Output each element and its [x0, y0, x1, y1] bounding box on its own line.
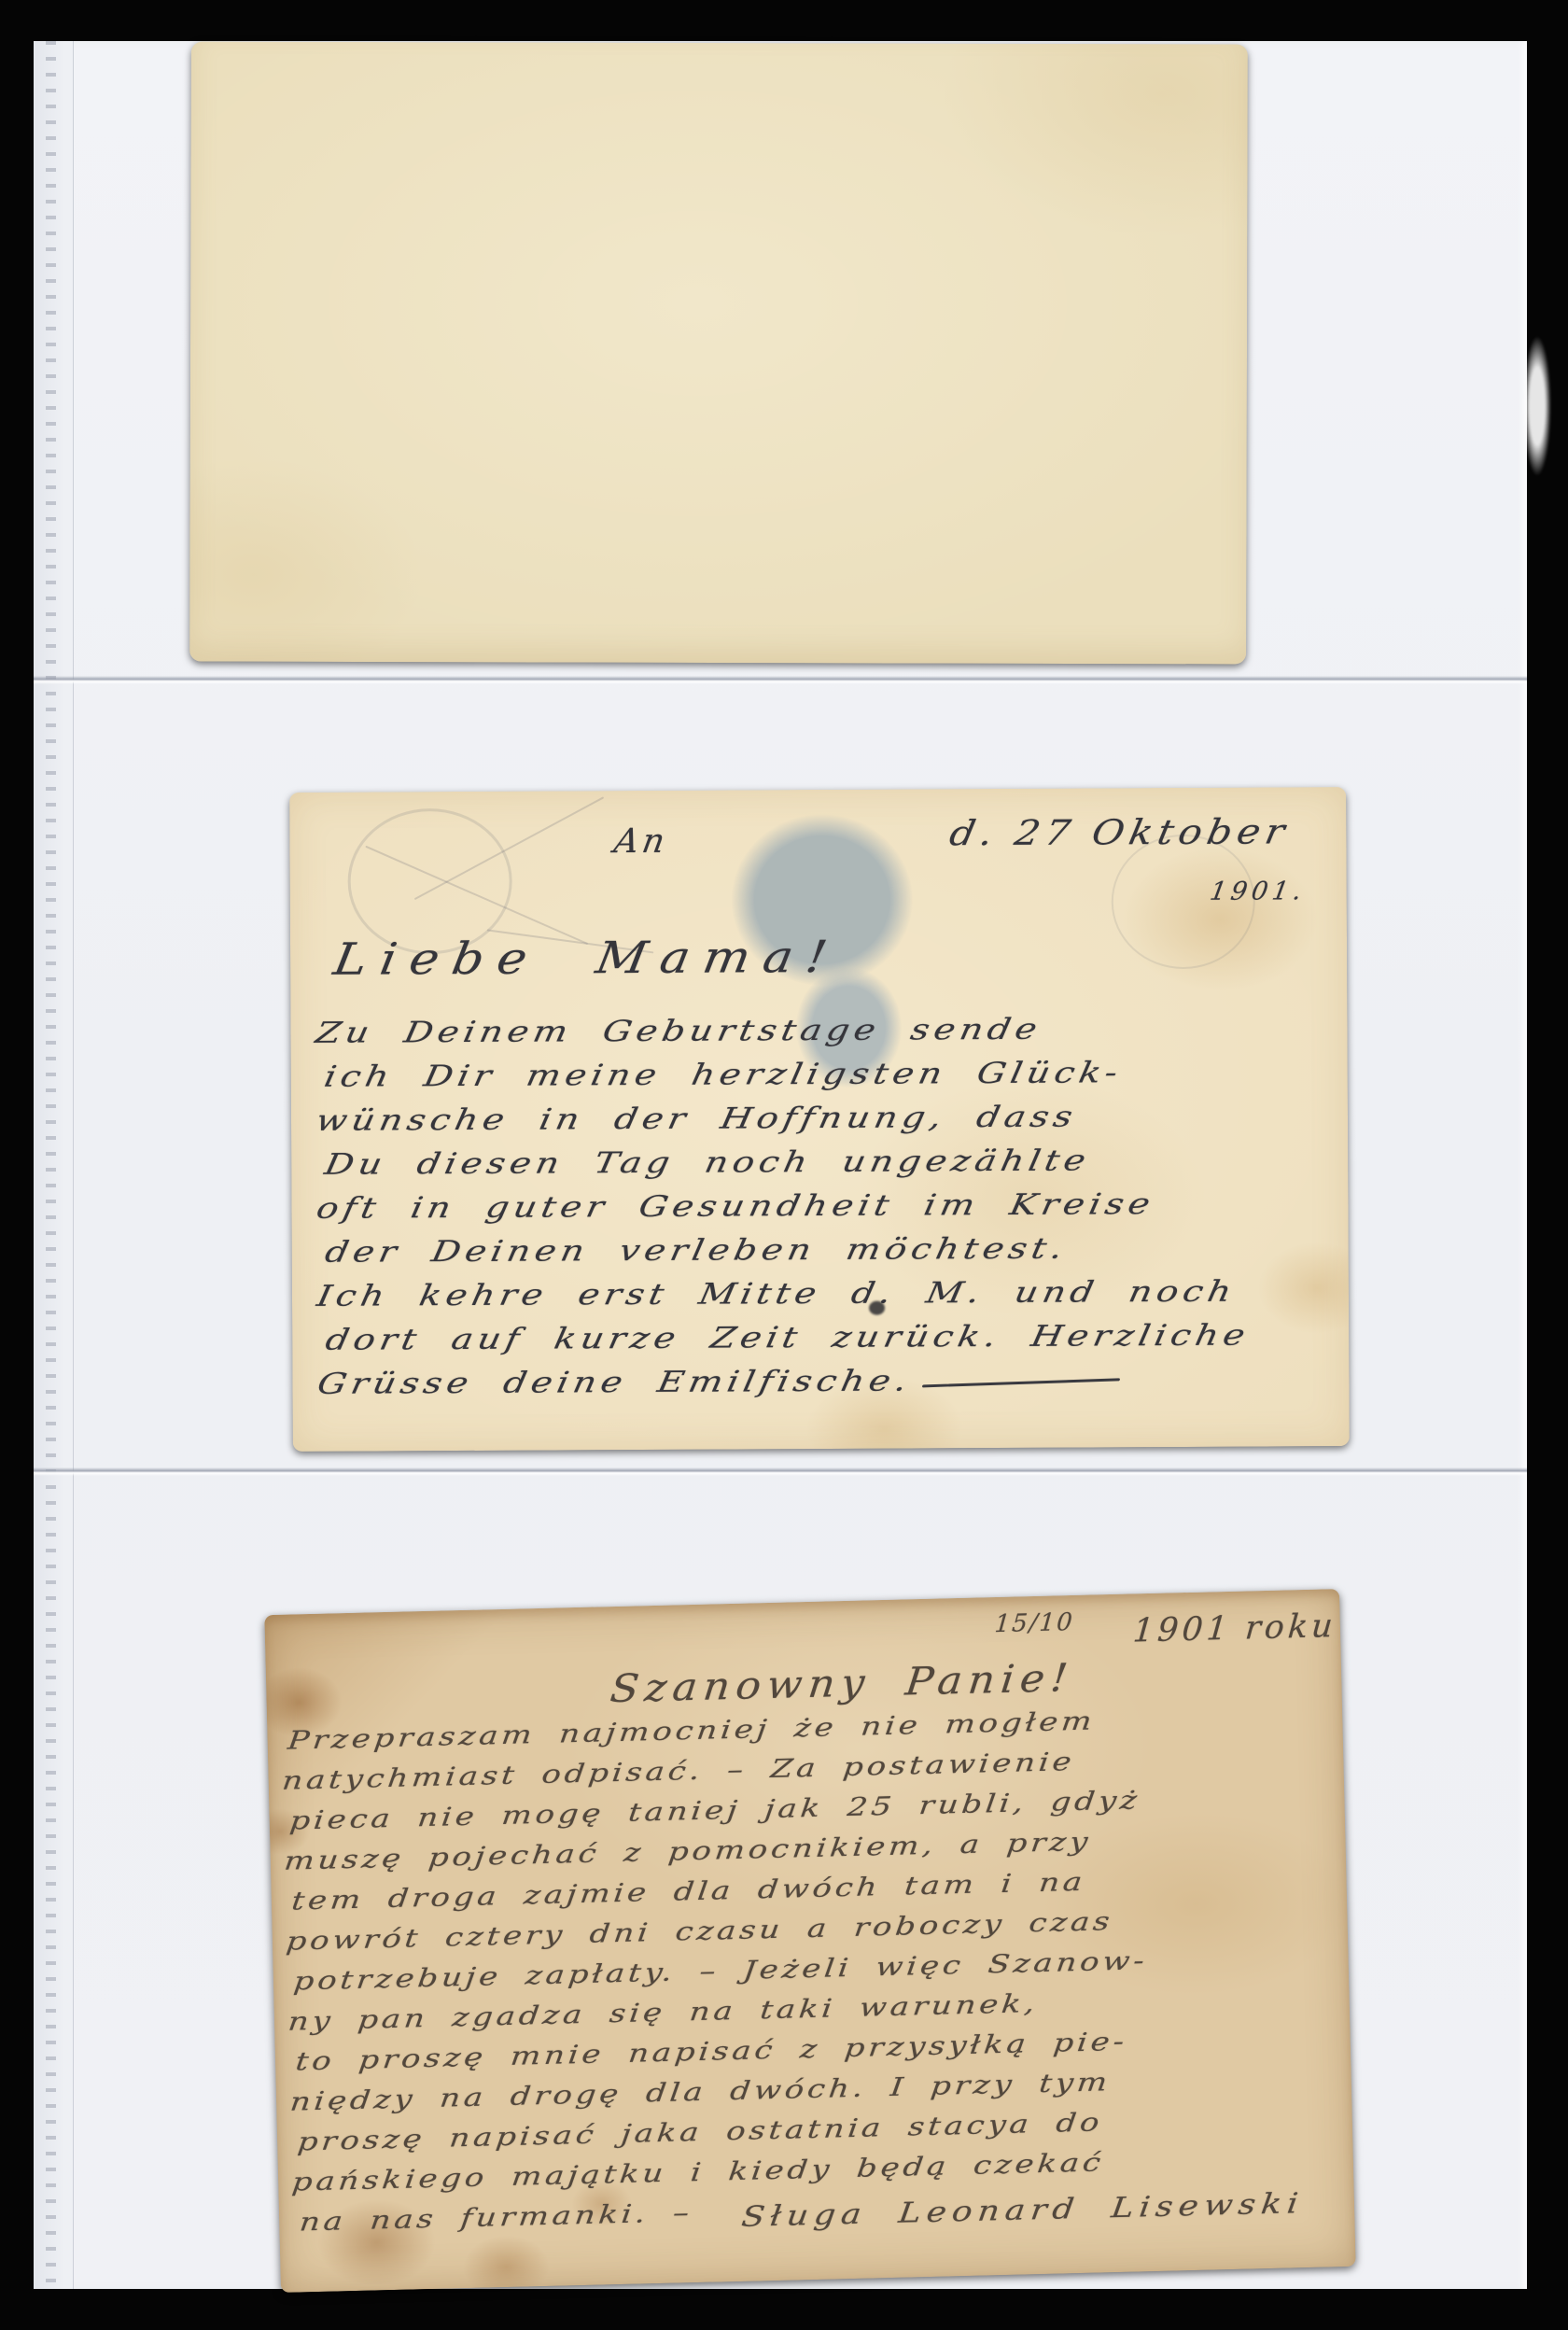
ink-blot [869, 1301, 885, 1315]
message-body: Zu Deinem Geburtstage sende ich Dir mein… [315, 1013, 1070, 1411]
salutation: Szanowny Panie! [609, 1655, 1076, 1711]
message-line: ich Dir meine herzligsten Glück- [319, 1056, 1251, 1104]
message-line: der Deinen verleben möchtest. [320, 1231, 1252, 1280]
signature-flourish [921, 1378, 1119, 1387]
postcard-blank-back [189, 42, 1248, 665]
message-line: dort auf kurze Zeit zurück. Herzliche [321, 1319, 1253, 1368]
postcard-polish-message: 15/10 1901 roku Szanowny Panie! Przepras… [264, 1589, 1355, 2293]
message-body: Przepraszam najmocniej że nie mogłem nat… [280, 1710, 977, 2249]
dateline-place: An [611, 822, 671, 861]
dateline-date: d. 27 Oktober [946, 811, 1293, 853]
postcard-german-message: An d. 27 Oktober 1901. Liebe Mama! Zu De… [289, 787, 1350, 1452]
message-line: Ich kehre erst Mitte d. M. und noch [313, 1275, 1254, 1324]
message-line: oft in guter Gesundheit im Kreise [312, 1187, 1253, 1236]
salutation: Liebe Mama! [329, 932, 844, 986]
message-line: wünsche in der Hoffnung, dass [312, 1100, 1253, 1148]
signature-line: Grüsse deine Emilfische. [313, 1363, 1254, 1411]
dateline-day: 15/10 [994, 1608, 1075, 1638]
message-line: Du diesen Tag noch ungezählte [320, 1144, 1252, 1192]
message-line: Zu Deinem Geburtstage sende [311, 1012, 1253, 1060]
pocket-seam-2 [34, 1467, 1527, 1476]
glare-highlight [1523, 336, 1551, 476]
dateline-year: 1901 roku [1131, 1607, 1337, 1649]
sleeve-binding-strip [34, 41, 74, 2289]
photo-backdrop: An d. 27 Oktober 1901. Liebe Mama! Zu De… [0, 0, 1568, 2330]
dateline-year: 1901. [1208, 877, 1309, 906]
pocket-seam-1 [34, 676, 1527, 684]
